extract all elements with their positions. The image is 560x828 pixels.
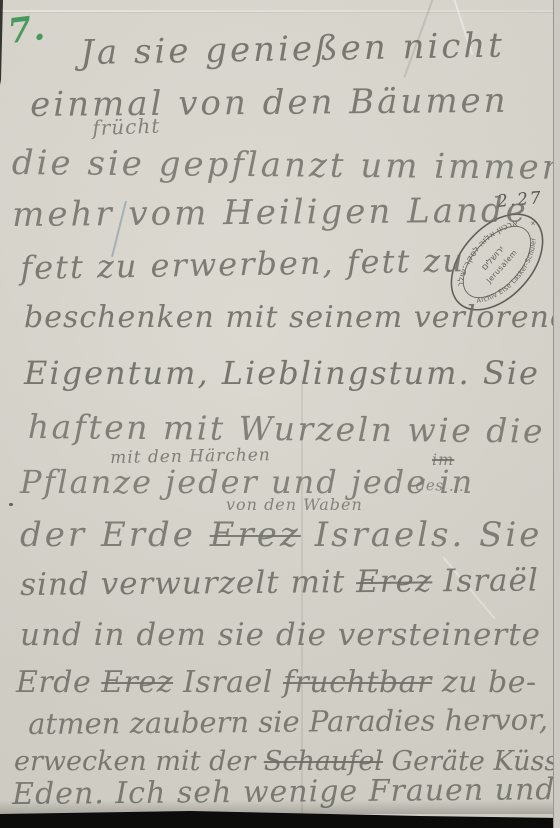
handwritten-insertion: frücht bbox=[92, 116, 161, 138]
handwritten-text: Israel bbox=[173, 665, 283, 700]
handwritten-line: Pflanze jeder und jede in bbox=[20, 466, 474, 498]
handwritten-line: haften mit Wurzeln wie die bbox=[28, 410, 545, 448]
paper-bottom-shadow bbox=[0, 800, 560, 814]
handwritten-text: mehr vom Heiligen Lande bbox=[12, 190, 529, 235]
handwritten-line: atmen zaubern sie Paradies hervor, bbox=[28, 705, 548, 739]
handwritten-insertion: im bbox=[432, 452, 454, 468]
handwritten-text: beschenken mit seinem verlorenen bbox=[24, 300, 560, 335]
handwritten-line: Ja sie genießen nicht bbox=[80, 29, 505, 70]
handwritten-line: und in dem sie die versteinerte bbox=[20, 620, 541, 651]
handwritten-text: atmen zaubern sie Paradies hervor, bbox=[28, 702, 548, 741]
handwritten-text: fett zu erwerben, fett zu bbox=[20, 241, 465, 287]
handwritten-text: der Erde bbox=[20, 515, 210, 555]
handwritten-line: die sie gepflanzt um immer bbox=[12, 146, 560, 185]
handwritten-insertion: des … bbox=[416, 478, 465, 494]
handwritten-text: Ja sie genießen nicht bbox=[80, 26, 505, 73]
handwritten-text: und in dem sie die versteinerte bbox=[20, 617, 541, 653]
handwritten-text: des … bbox=[416, 476, 465, 495]
manuscript-page: 7. 2.27 ארכיון אלזה לסקר־שילר Archiv Els… bbox=[0, 0, 560, 828]
struck-word: Schaufel bbox=[264, 746, 383, 777]
handwritten-line: Erde Erez Israel fruchtbar zu be- bbox=[16, 668, 537, 698]
handwritten-line: sind verwurzelt mit Erez Israël bbox=[20, 565, 539, 601]
handwritten-text: Eigentum, Lieblingstum. Sie bbox=[24, 354, 540, 392]
handwritten-line: Eigentum, Lieblingstum. Sie bbox=[24, 357, 540, 389]
handwritten-text: haften mit Wurzeln wie die bbox=[28, 407, 545, 451]
handwritten-text: sind verwurzelt mit bbox=[20, 564, 356, 603]
handwritten-line: mehr vom Heiligen Lande bbox=[12, 193, 529, 232]
struck-word: Erez bbox=[210, 515, 301, 555]
struck-word: fruchtbar bbox=[283, 665, 432, 700]
handwritten-text: erwecken mit der bbox=[14, 746, 264, 777]
handwritten-line: der Erde Erez Israels. Sie bbox=[20, 518, 542, 552]
handwritten-text: Erde bbox=[16, 665, 101, 700]
paper-edge-right bbox=[553, 0, 560, 828]
handwritten-line: fett zu erwerben, fett zu bbox=[20, 244, 465, 284]
handwritten-text: zu be- bbox=[432, 665, 537, 700]
handwritten-text: die sie gepflanzt um immer bbox=[12, 143, 560, 188]
handwritten-text: Israels. Sie bbox=[301, 515, 543, 555]
handwritten-line: erwecken mit der Schaufel Geräte Küsse bbox=[14, 748, 560, 775]
handwritten-text: von den Waben bbox=[226, 495, 363, 514]
handwritten-line: beschenken mit seinem verlorenen bbox=[24, 303, 560, 333]
handwritten-insertion: von den Waben bbox=[226, 497, 363, 513]
handwritten-text: Israël bbox=[432, 562, 539, 599]
struck-word: Erez bbox=[101, 665, 173, 700]
struck-word: Erez bbox=[356, 563, 432, 600]
handwriting-layer: Ja sie genießen nichteinmal von den Bäum… bbox=[0, 0, 560, 828]
struck-word: im bbox=[432, 450, 454, 469]
handwritten-text: frücht bbox=[92, 114, 161, 140]
